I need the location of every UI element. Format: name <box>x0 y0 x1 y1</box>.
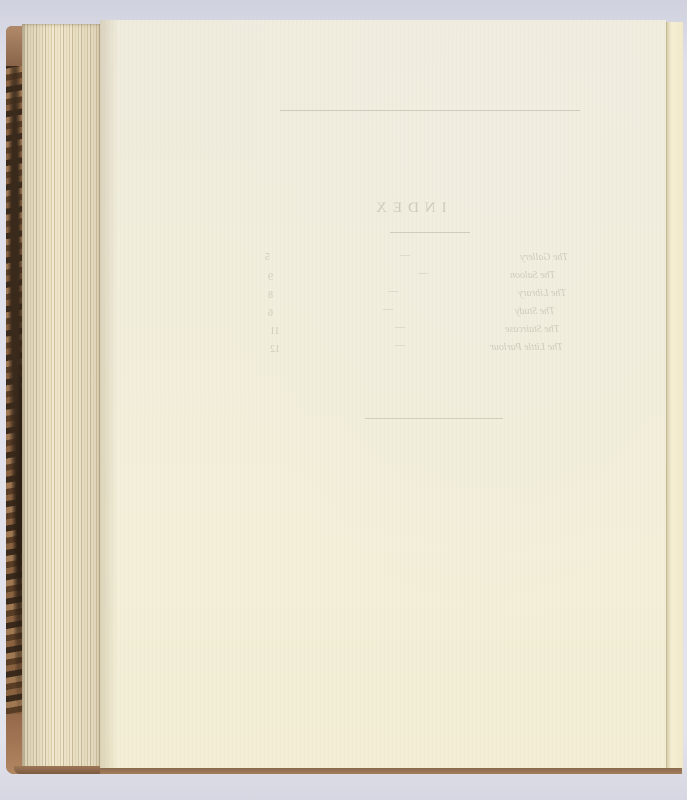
show-through-page-number: 11 <box>270 326 280 337</box>
show-through-entry: The Gallery <box>520 252 568 263</box>
show-through-title-rule <box>390 232 470 233</box>
cover-board-bottom <box>100 768 682 774</box>
show-through-title: INDEX <box>370 200 447 217</box>
show-through-entry: The Library <box>518 288 566 299</box>
gutter-shadow <box>100 20 118 770</box>
show-through-top-rule <box>280 110 580 111</box>
show-through-dash: — <box>395 340 405 351</box>
show-through-dash: — <box>388 286 398 297</box>
page-stack-shading <box>22 24 102 772</box>
facing-page-edge <box>666 22 683 770</box>
show-through-page-number: 8 <box>268 290 273 301</box>
show-through-entry: The Staircase <box>505 324 559 335</box>
book-page <box>100 20 666 770</box>
show-through-dash: — <box>418 268 428 279</box>
show-through-bottom-rule <box>365 418 503 419</box>
cover-board-bottom-left <box>14 766 104 774</box>
show-through-page-number: 12 <box>270 344 280 355</box>
open-book: INDEX The Gallery — 5 The Saloon — 9 The… <box>0 0 687 800</box>
show-through-page-number: 5 <box>265 252 270 263</box>
show-through-entry: The Little Parlour <box>490 342 563 353</box>
show-through-entry: The Study <box>515 306 555 317</box>
show-through-dash: — <box>395 322 405 333</box>
show-through-page-number: 9 <box>268 272 273 283</box>
show-through-entry: The Saloon <box>510 270 555 281</box>
show-through-page-number: 6 <box>268 308 273 319</box>
show-through-dash: — <box>383 304 393 315</box>
show-through-dash: — <box>400 250 410 261</box>
